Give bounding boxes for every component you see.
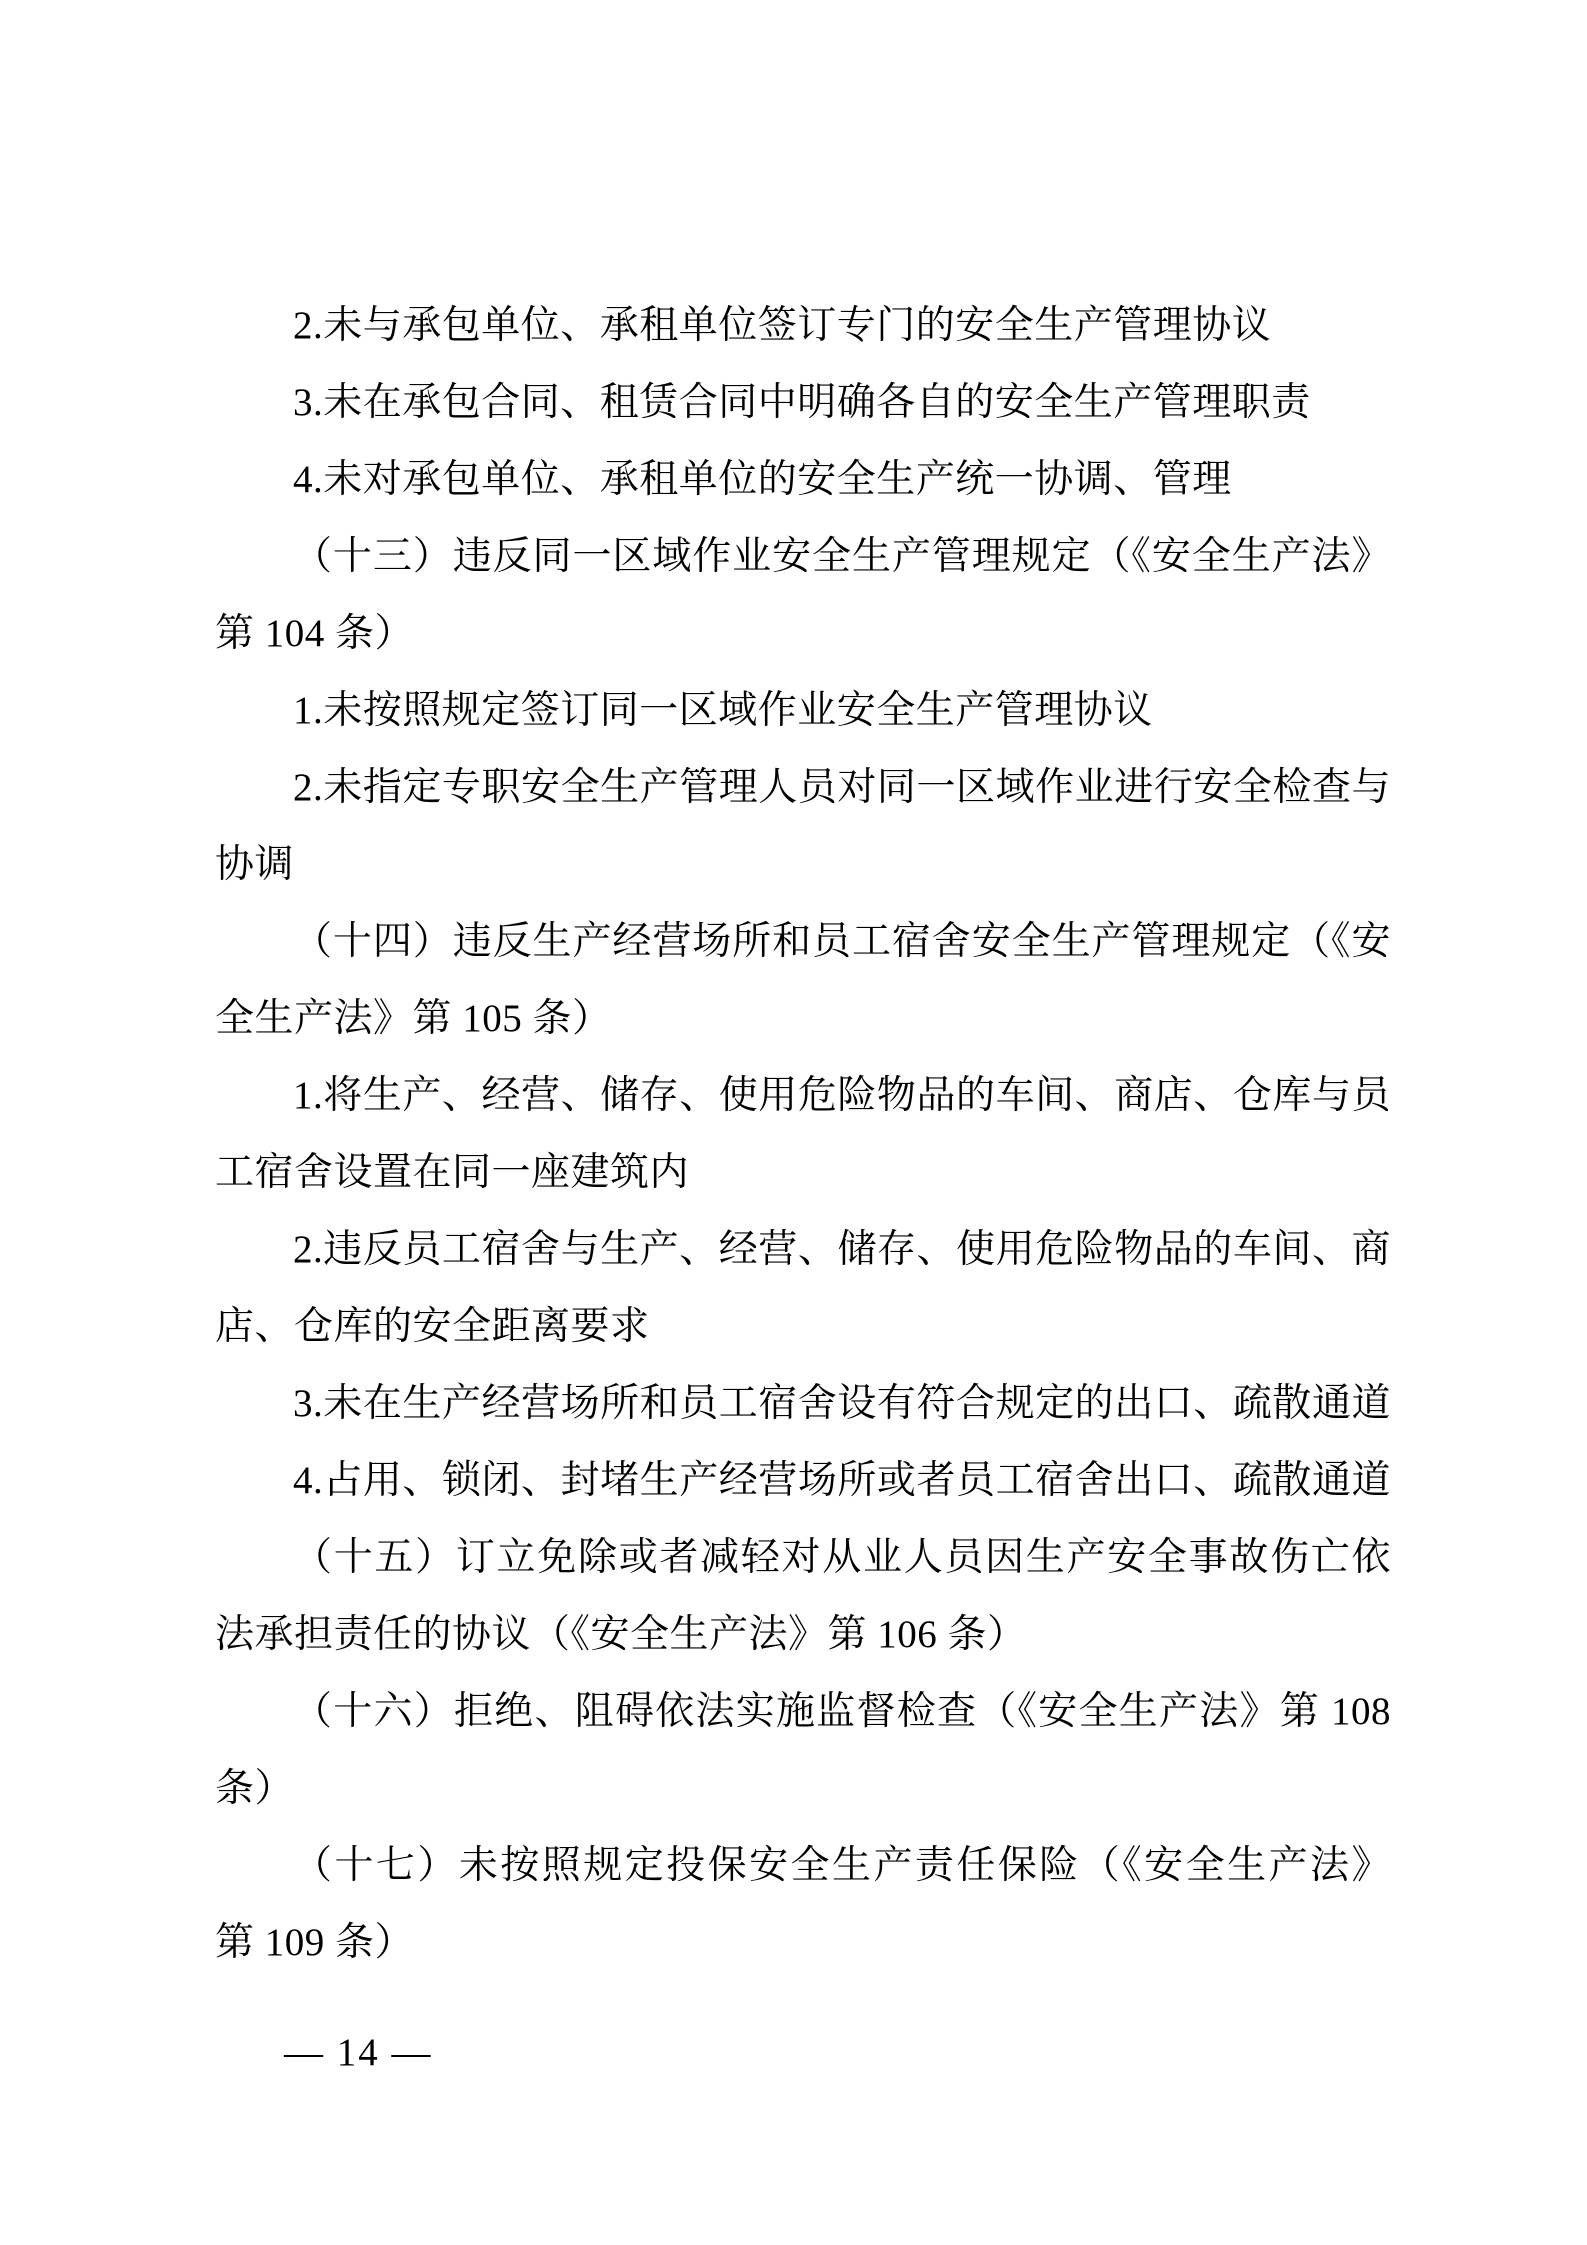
text-line: 协调 — [215, 826, 1391, 903]
text-line: 2.未指定专职安全生产管理人员对同一区域作业进行安全检查与 — [215, 749, 1391, 826]
document-page: 2.未与承包单位、承租单位签订专门的安全生产管理协议 3.未在承包合同、租赁合同… — [0, 0, 1587, 2245]
text-line: （十六）拒绝、阻碍依法实施监督检查（《安全生产法》第 108 — [215, 1673, 1391, 1750]
document-body: 2.未与承包单位、承租单位签订专门的安全生产管理协议 3.未在承包合同、租赁合同… — [215, 287, 1391, 1981]
text-line: （十七）未按照规定投保安全生产责任保险（《安全生产法》 — [215, 1827, 1391, 1904]
text-line: （十五）订立免除或者减轻对从业人员因生产安全事故伤亡依 — [215, 1519, 1391, 1596]
text-line: 条） — [215, 1750, 1391, 1827]
text-line: 1.未按照规定签订同一区域作业安全生产管理协议 — [215, 672, 1391, 749]
page-number: — 14 — — [284, 2014, 433, 2091]
text-line: 4.未对承包单位、承租单位的安全生产统一协调、管理 — [215, 441, 1391, 518]
text-line: 第 109 条） — [215, 1904, 1391, 1981]
text-line: 全生产法》第 105 条） — [215, 980, 1391, 1057]
text-line: 工宿舍设置在同一座建筑内 — [215, 1134, 1391, 1211]
text-line: 1.将生产、经营、储存、使用危险物品的车间、商店、仓库与员 — [215, 1057, 1391, 1134]
text-line: （十四）违反生产经营场所和员工宿舍安全生产管理规定（《安 — [215, 903, 1391, 980]
text-line: 2.未与承包单位、承租单位签订专门的安全生产管理协议 — [215, 287, 1391, 364]
text-line: 3.未在生产经营场所和员工宿舍设有符合规定的出口、疏散通道 — [215, 1365, 1391, 1442]
text-line: 第 104 条） — [215, 595, 1391, 672]
text-line: 3.未在承包合同、租赁合同中明确各自的安全生产管理职责 — [215, 364, 1391, 441]
text-line: 4.占用、锁闭、封堵生产经营场所或者员工宿舍出口、疏散通道 — [215, 1442, 1391, 1519]
text-line: 2.违反员工宿舍与生产、经营、储存、使用危险物品的车间、商 — [215, 1211, 1391, 1288]
text-line: （十三）违反同一区域作业安全生产管理规定（《安全生产法》 — [215, 518, 1391, 595]
text-line: 店、仓库的安全距离要求 — [215, 1288, 1391, 1365]
text-line: 法承担责任的协议（《安全生产法》第 106 条） — [215, 1596, 1391, 1673]
